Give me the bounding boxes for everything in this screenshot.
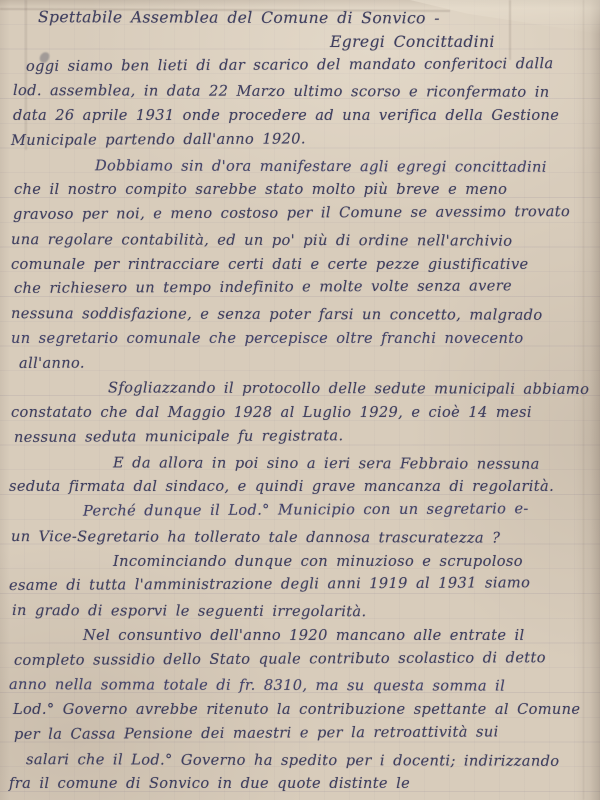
manuscript-line: che il nostro compito sarebbe stato molt… <box>0 178 600 203</box>
manuscript-page: Spettabile Assemblea del Comune di Sonvi… <box>0 0 600 800</box>
manuscript-line: Nel consuntivo dell'anno 1920 mancano al… <box>0 624 600 649</box>
document-heading: Spettabile Assemblea del Comune di Sonvi… <box>0 5 600 32</box>
manuscript-line: lod. assemblea, in data 22 Marzo ultimo … <box>0 79 600 106</box>
manuscript-line: che richiesero un tempo indefinito e mol… <box>0 274 600 302</box>
manuscript-line: Dobbiamo sin d'ora manifestare agli egre… <box>0 154 600 181</box>
manuscript-line: esame di tutta l'amministrazione degli a… <box>0 571 600 599</box>
manuscript-line: salari che il Lod.° Governo ha spedito p… <box>0 748 600 775</box>
manuscript-line: E da allora in poi sino a ieri sera Febb… <box>0 451 600 478</box>
manuscript-line: per la Cassa Pensione dei maestri e per … <box>0 720 600 748</box>
manuscript-line: constatato che dal Maggio 1928 al Luglio… <box>0 401 600 426</box>
manuscript-line: data 26 aprile 1931 onde procedere ad un… <box>0 104 600 129</box>
manuscript-line: un segretario comunale che percepisce ol… <box>0 327 600 352</box>
manuscript-line: Municipale partendo dall'anno 1920. <box>0 126 600 154</box>
manuscript-line: Lod.° Governo avrebbe ritenuto la contri… <box>0 698 600 723</box>
handwritten-text: Spettabile Assemblea del Comune di Sonvi… <box>0 5 600 797</box>
manuscript-line: nessuna soddisfazione, e senza poter far… <box>0 302 600 329</box>
manuscript-line: in grado di esporvi le seguenti irregola… <box>0 599 600 626</box>
manuscript-line: un Vice-Segretario ha tollerato tale dan… <box>0 525 600 552</box>
manuscript-line: seduta firmata dal sindaco, e quindi gra… <box>0 475 600 500</box>
manuscript-line: gravoso per noi, e meno costoso per il C… <box>0 200 600 228</box>
manuscript-line: fra il comune di Sonvico in due quote di… <box>0 772 600 797</box>
manuscript-line: oggi siamo ben lieti di dar scarico del … <box>0 51 600 79</box>
manuscript-line: nessuna seduta municipale fu registrata. <box>0 423 600 451</box>
manuscript-line: Perché dunque il Lod.° Municipio con un … <box>0 497 600 525</box>
manuscript-line: all'anno. <box>0 348 600 376</box>
salutation-line: Egregi Concittadini <box>0 30 600 55</box>
manuscript-line: completo sussidio dello Stato quale cont… <box>0 645 600 673</box>
manuscript-line: anno nella somma totale di fr. 8310, ma … <box>0 673 600 700</box>
manuscript-line: Sfogliazzando il protocollo delle sedute… <box>0 376 600 403</box>
manuscript-line: una regolare contabilità, ed un po' più … <box>0 228 600 255</box>
